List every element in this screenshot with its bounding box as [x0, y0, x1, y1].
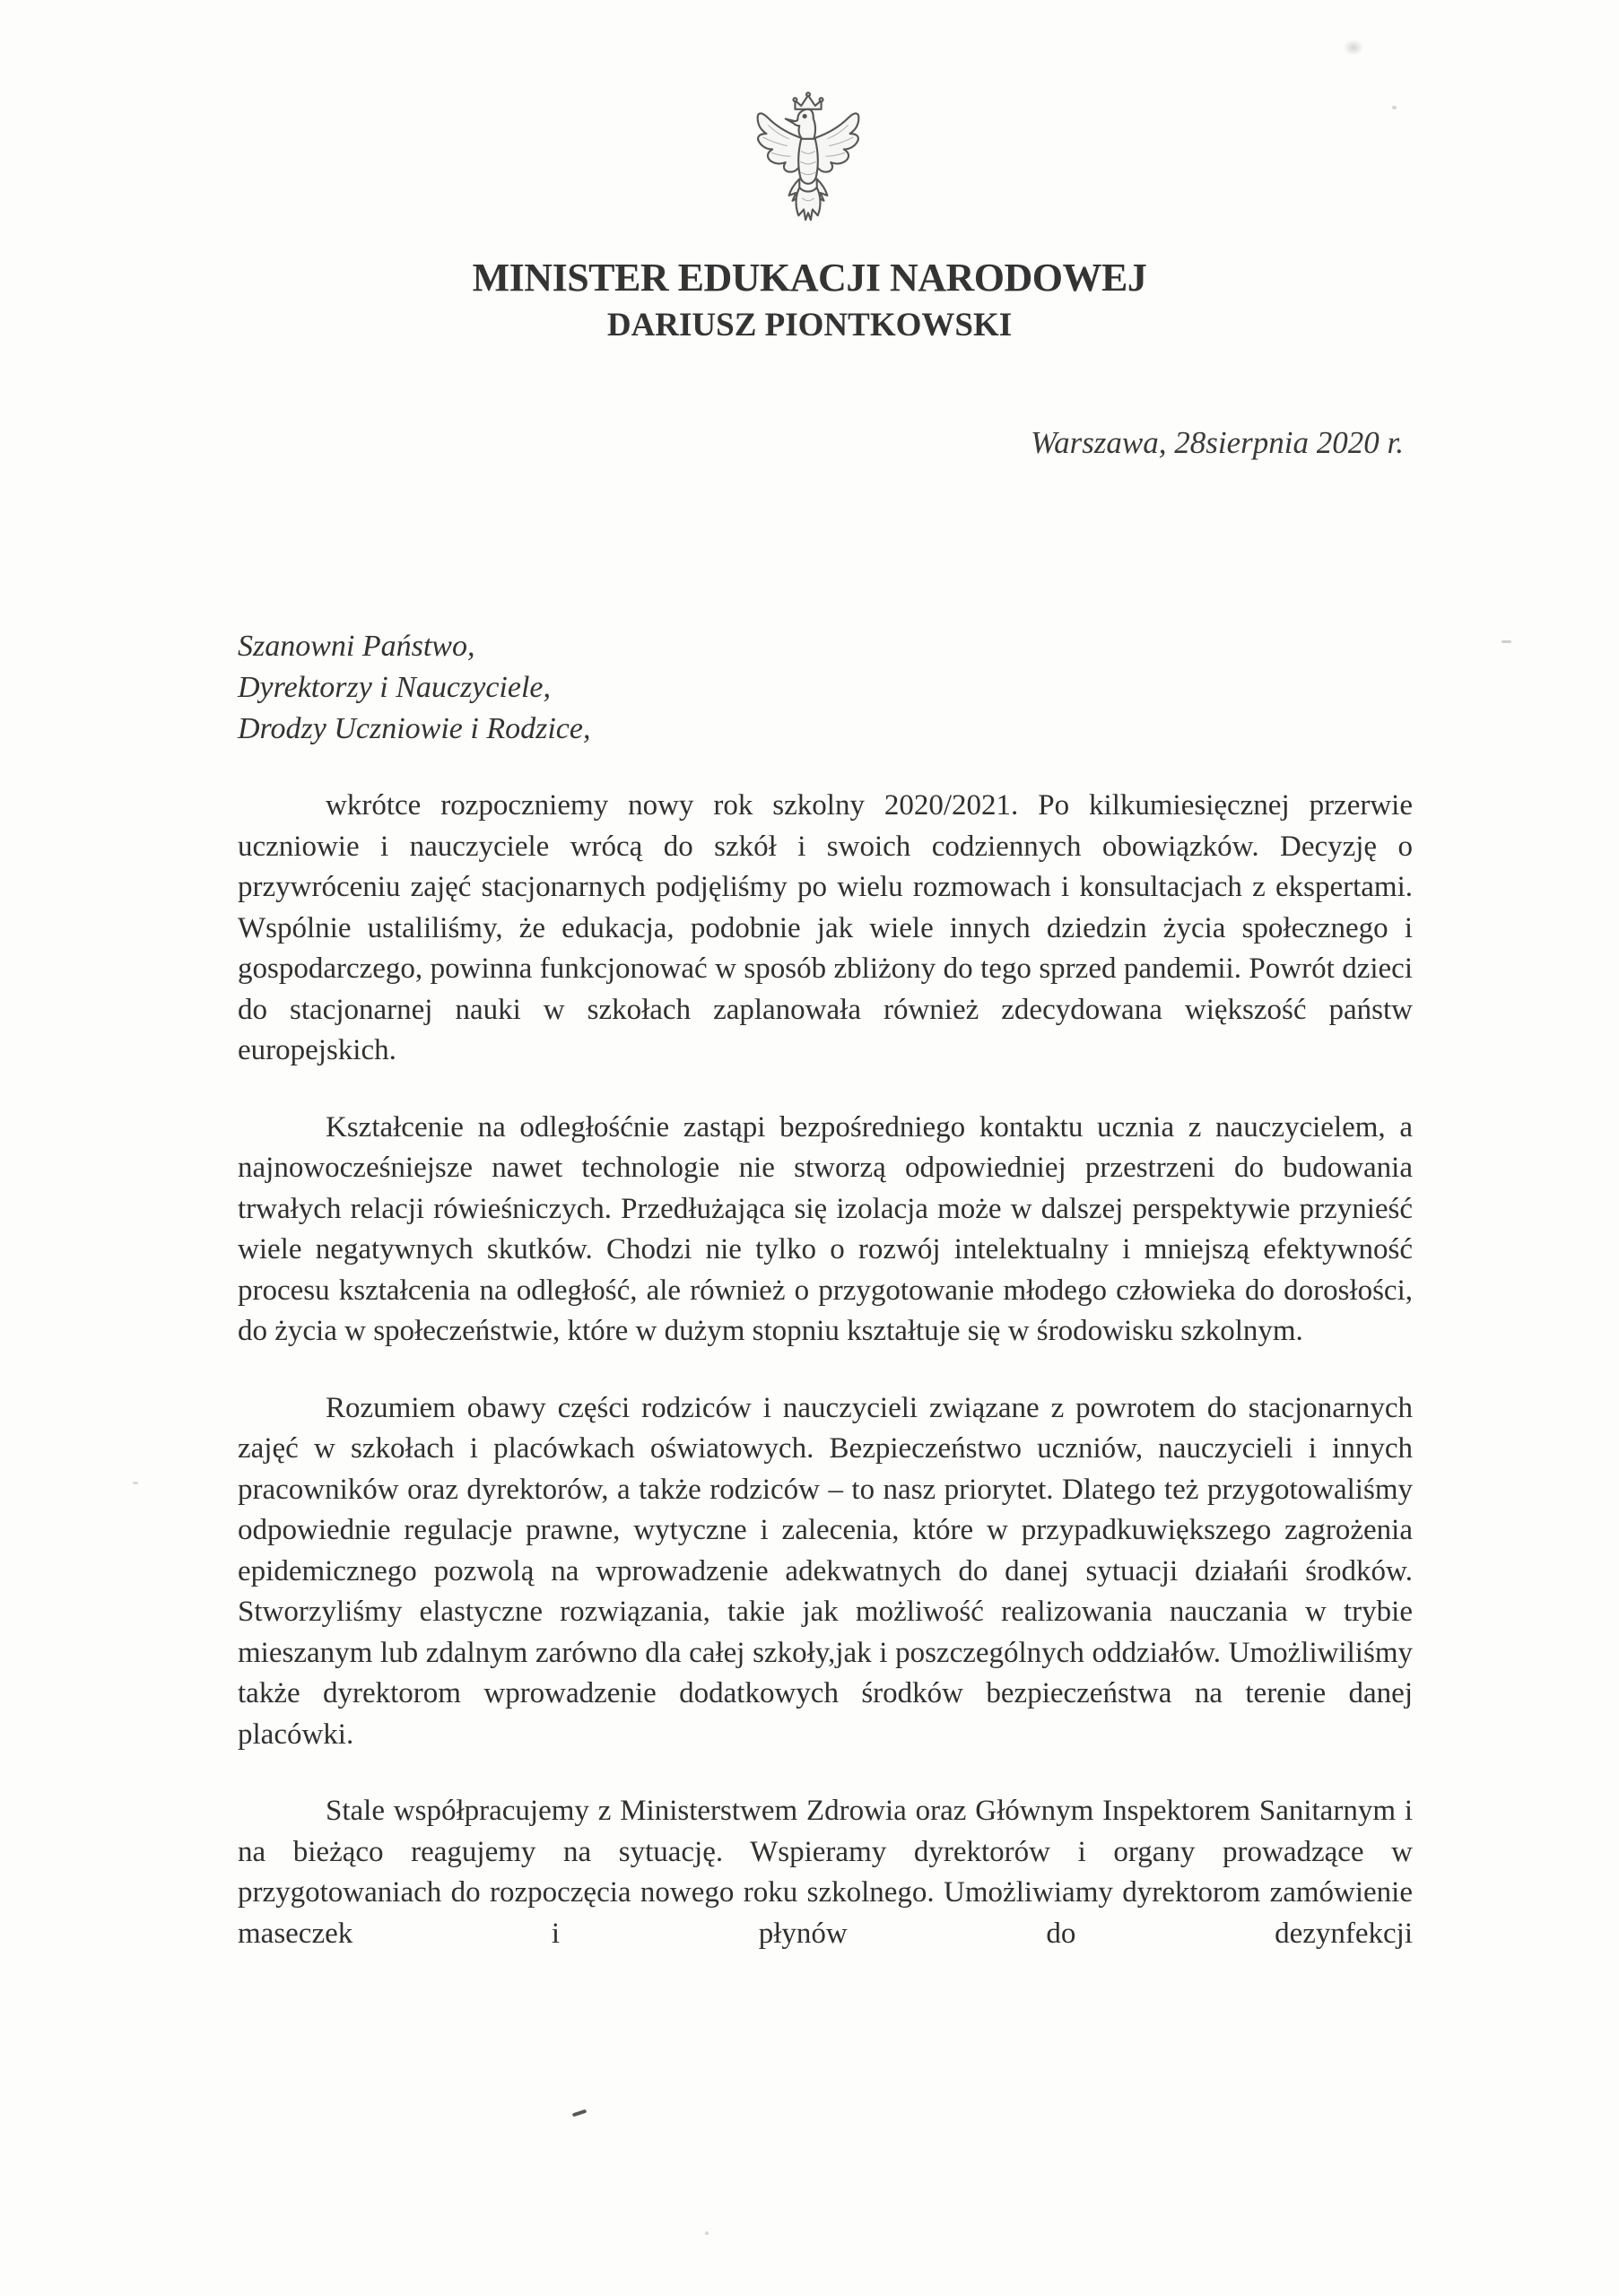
paragraph-3: Rozumiem obawy części rodziców i nauczyc…	[238, 1388, 1413, 1756]
salutation-line: Szanowni Państwo,	[238, 626, 590, 667]
ministry-title: MINISTER EDUKACJI NARODOWEJ	[0, 255, 1619, 300]
paragraph-1: wkrótce rozpoczniemy nowy rok szkolny 20…	[238, 786, 1413, 1072]
scan-artifact-speck	[1392, 106, 1397, 109]
scan-artifact-speck	[705, 2231, 709, 2235]
minister-name: DARIUSZ PIONTKOWSKI	[0, 306, 1619, 344]
paragraph-4: Stale współpracujemy z Ministerstwem Zdr…	[238, 1791, 1413, 1954]
salutation: Szanowni Państwo, Dyrektorzy i Nauczycie…	[238, 626, 590, 750]
scan-artifact-speck	[133, 1482, 138, 1484]
salutation-line: Drodzy Uczniowie i Rodzice,	[238, 709, 590, 750]
polish-eagle-emblem	[747, 88, 869, 240]
paragraph-2: Kształcenie na odległośćnie zastąpi bezp…	[238, 1108, 1413, 1352]
dateline: Warszawa, 28sierpnia 2020 r.	[1031, 425, 1404, 461]
salutation-line: Dyrektorzy i Nauczyciele,	[238, 667, 590, 709]
scan-artifact-dash	[1501, 640, 1511, 643]
scanned-letter-page: MINISTER EDUKACJI NARODOWEJ DARIUSZ PION…	[0, 0, 1619, 2296]
scan-artifact-blob	[1344, 39, 1363, 56]
scan-artifact-tick	[572, 2109, 587, 2118]
letter-body: wkrótce rozpoczniemy nowy rok szkolny 20…	[238, 786, 1413, 1990]
